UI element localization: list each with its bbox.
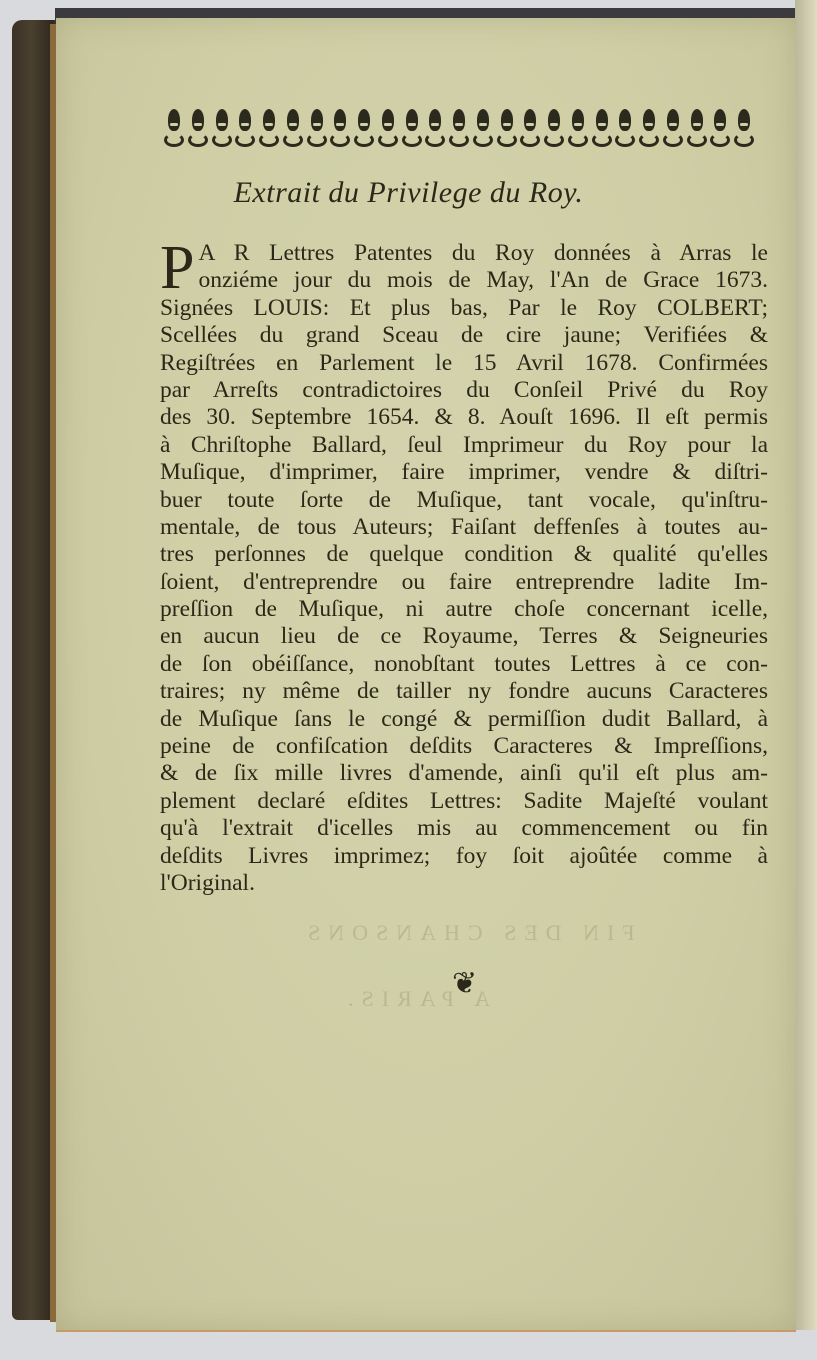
text-line: de Muſique ſans le congé & permiſſion du… [160,706,768,733]
page-title: Extrait du Privilege du Roy. [0,176,817,210]
fleur-ornament-icon [520,107,540,155]
fleur-ornament-icon [734,107,754,155]
fleur-ornament-icon [425,107,445,155]
text-line: A R Lettres Patentes du Roy données à Ar… [160,240,768,267]
text-line: des 30. Septembre 1654. & 8. Aouſt 1696.… [160,404,768,431]
fleur-ornament-icon [639,107,659,155]
privilege-text: P A R Lettres Patentes du Roy données à … [160,240,768,897]
fleur-ornament-icon [212,107,232,155]
fleur-ornament-icon [710,107,730,155]
fleur-ornament-icon [307,107,327,155]
drop-cap: P [160,242,194,294]
text-line: deſdits Livres imprimez; foy ſoit ajoûté… [160,843,768,870]
fleur-ornament-icon [449,107,469,155]
text-line: ſoient, d'entreprendre ou faire entrepre… [160,569,768,596]
fleur-ornament-icon [188,107,208,155]
text-line: à Chriſtophe Ballard, ſeul Imprimeur du … [160,432,768,459]
text-line: en aucun lieu de ce Royaume, Terres & Se… [160,623,768,650]
text-line: onziéme jour du mois de May, l'An de Gra… [160,267,768,294]
fleur-ornament-icon [663,107,683,155]
text-line: traires; ny même de tailler ny fondre au… [160,678,768,705]
text-line: Muſique, d'imprimer, faire imprimer, ven… [160,459,768,486]
fleuron-icon: ❦ [452,966,477,1001]
fleur-ornament-icon [687,107,707,155]
text-line: de ſon obéiſſance, nonobſtant toutes Let… [160,651,768,678]
text-line: Signées LOUIS: Et plus bas, Par le Roy C… [160,295,768,322]
fleur-ornament-icon [378,107,398,155]
fleur-ornament-icon [164,107,184,155]
fleur-ornament-icon [592,107,612,155]
fleur-ornament-icon [473,107,493,155]
text-line: & de ſix mille livres d'amende, ainſi qu… [160,760,768,787]
fleur-ornament-icon [235,107,255,155]
text-line: Regiſtrées en Parlement le 15 Avril 1678… [160,350,768,377]
text-line: mentale, de tous Auteurs; Faiſant deffen… [160,514,768,541]
fleur-ornament-icon [544,107,564,155]
text-line: plement declaré eſdites Lettres: Sadite … [160,788,768,815]
text-line: buer toute ſorte de Muſique, tant vocale… [160,487,768,514]
bleed-through-text-1: FIN DES CHANSONS [300,920,635,946]
text-line: qu'à l'extrait d'icelles mis au commence… [160,815,768,842]
fleur-ornament-icon [259,107,279,155]
fleur-ornament-icon [615,107,635,155]
fleur-ornament-icon [497,107,517,155]
text-line: par Arreſts contradictoires du Conſeil P… [160,377,768,404]
text-line: preſſion de Muſique, ni autre choſe conc… [160,596,768,623]
fleur-ornament-icon [354,107,374,155]
fleur-ornament-icon [283,107,303,155]
fleur-ornament-icon [402,107,422,155]
text-line: Scellées du grand Sceau de cire jaune; V… [160,322,768,349]
ornament-band [164,107,754,155]
fleur-ornament-icon [330,107,350,155]
text-line: tres perſonnes de quelque condition & qu… [160,541,768,568]
fleur-ornament-icon [568,107,588,155]
text-line: peine de confiſcation deſdits Caracteres… [160,733,768,760]
text-line: l'Original. [160,870,768,897]
